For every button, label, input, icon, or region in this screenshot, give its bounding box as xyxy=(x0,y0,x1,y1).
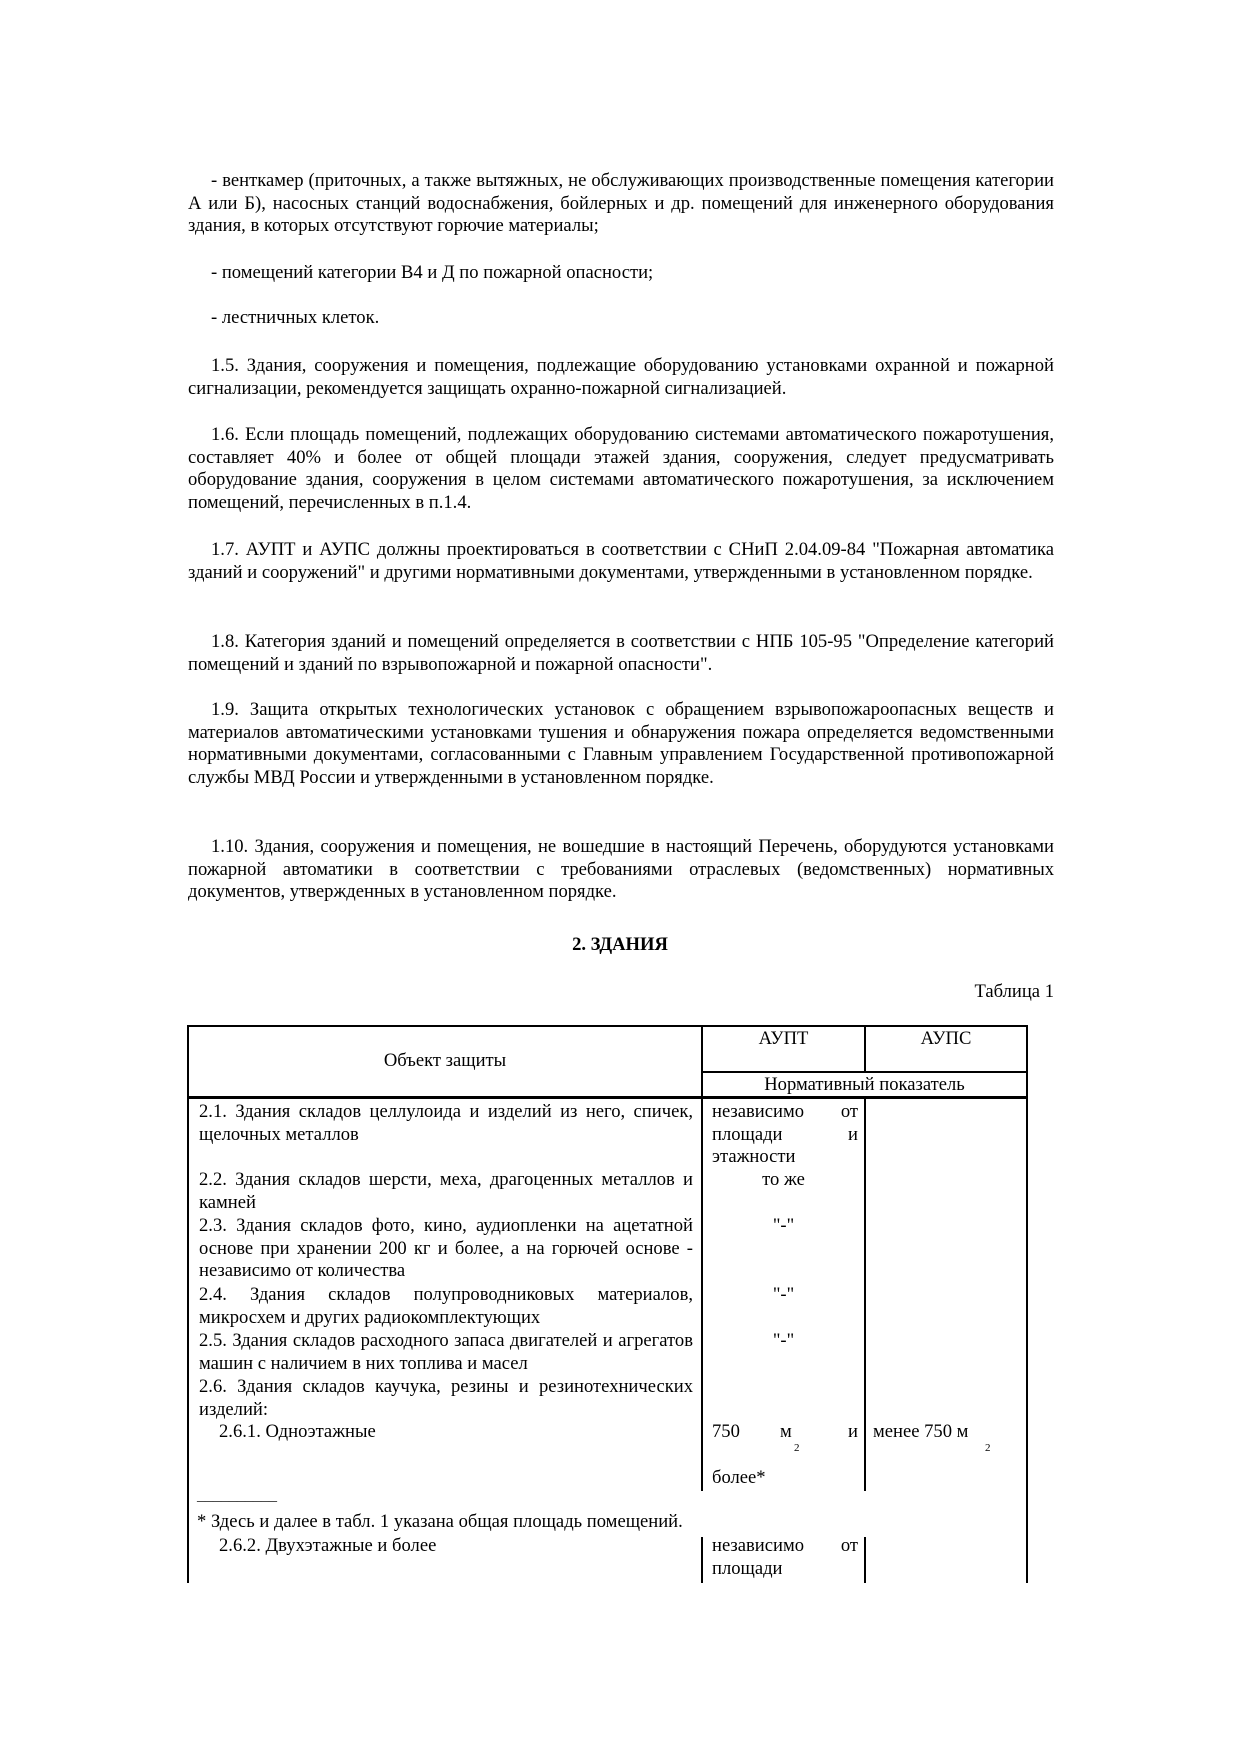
paragraph-1-5: 1.5. Здания, сооружения и помещения, под… xyxy=(188,355,1054,400)
table-border-top xyxy=(187,1025,1028,1027)
header-normative: Нормативный показатель xyxy=(703,1074,1026,1097)
aupt-value: 750 xyxy=(712,1421,740,1444)
row-2-5-aupt: "-" xyxy=(703,1330,864,1353)
row-2-3-object: 2.3. Здания складов фото, кино, аудиопле… xyxy=(199,1215,693,1283)
row-2-4-aupt: "-" xyxy=(703,1284,864,1307)
header-object: Объект защиты xyxy=(189,1050,701,1073)
paragraph-1-10: 1.10. Здания, сооружения и помещения, не… xyxy=(188,836,1054,904)
row-2-1-aupt: независимо от площади и этажности xyxy=(712,1101,858,1169)
paragraph-1-6: 1.6. Если площадь помещений, подлежащих … xyxy=(188,424,1054,515)
aups-unit-sup: 2 xyxy=(985,1437,991,1460)
header-subheader-line xyxy=(701,1071,1028,1073)
row-2-6-1-aupt: 750 м 2 и xyxy=(712,1421,858,1445)
col-divider-2-upper xyxy=(864,1098,866,1491)
table-border-right xyxy=(1026,1025,1028,1583)
col-divider-1-lower xyxy=(701,1537,703,1583)
row-2-6-object: 2.6. Здания складов каучука, резины и ре… xyxy=(199,1376,693,1421)
paragraph-1-8: 1.8. Категория зданий и помещений опреде… xyxy=(188,631,1054,676)
paragraph-stairwells: - лестничных клеток. xyxy=(188,307,1054,330)
footnote-rule: __________ xyxy=(197,1488,397,1504)
row-2-6-1-object: 2.6.1. Одноэтажные xyxy=(219,1421,693,1444)
paragraph-category-v4: - помещений категории В4 и Д по пожарной… xyxy=(188,262,1054,285)
aupt-conj: и xyxy=(848,1421,858,1444)
paragraph-ventkamer: - венткамер (приточных, а также вытяжных… xyxy=(188,170,1054,238)
row-2-6-2-aupt: независимо от площади xyxy=(712,1535,858,1580)
row-2-1-object: 2.1. Здания складов целлулоида и изделий… xyxy=(199,1101,693,1146)
row-2-2-object: 2.2. Здания складов шерсти, меха, драгоц… xyxy=(199,1169,693,1214)
header-aupt: АУПТ xyxy=(703,1028,864,1051)
paragraph-1-7: 1.7. АУПТ и АУПС должны проектироваться … xyxy=(188,539,1054,584)
row-2-5-object: 2.5. Здания складов расходного запаса дв… xyxy=(199,1330,693,1375)
header-aups: АУПС xyxy=(866,1028,1026,1051)
table-border-left xyxy=(187,1025,189,1583)
row-2-3-aupt: "-" xyxy=(703,1215,864,1238)
row-2-6-1-aups: менее 750 м 2 xyxy=(873,1421,1023,1445)
aupt-unit: м xyxy=(780,1421,792,1444)
footnote-text: * Здесь и далее в табл. 1 указана общая … xyxy=(197,1511,1017,1534)
section-title: 2. ЗДАНИЯ xyxy=(0,934,1240,956)
aups-text: менее 750 м xyxy=(873,1421,968,1442)
row-2-6-1-aupt-tail: более* xyxy=(712,1467,858,1490)
col-divider-2-lower xyxy=(864,1537,866,1583)
paragraph-1-9: 1.9. Защита открытых технологических уст… xyxy=(188,699,1054,790)
row-2-4-object: 2.4. Здания складов полупроводниковых ма… xyxy=(199,1284,693,1329)
table-label: Таблица 1 xyxy=(974,981,1054,1003)
row-2-2-aupt: то же xyxy=(703,1169,864,1192)
row-2-6-2-object: 2.6.2. Двухэтажные и более xyxy=(219,1535,693,1558)
aupt-unit-sup: 2 xyxy=(794,1437,800,1460)
